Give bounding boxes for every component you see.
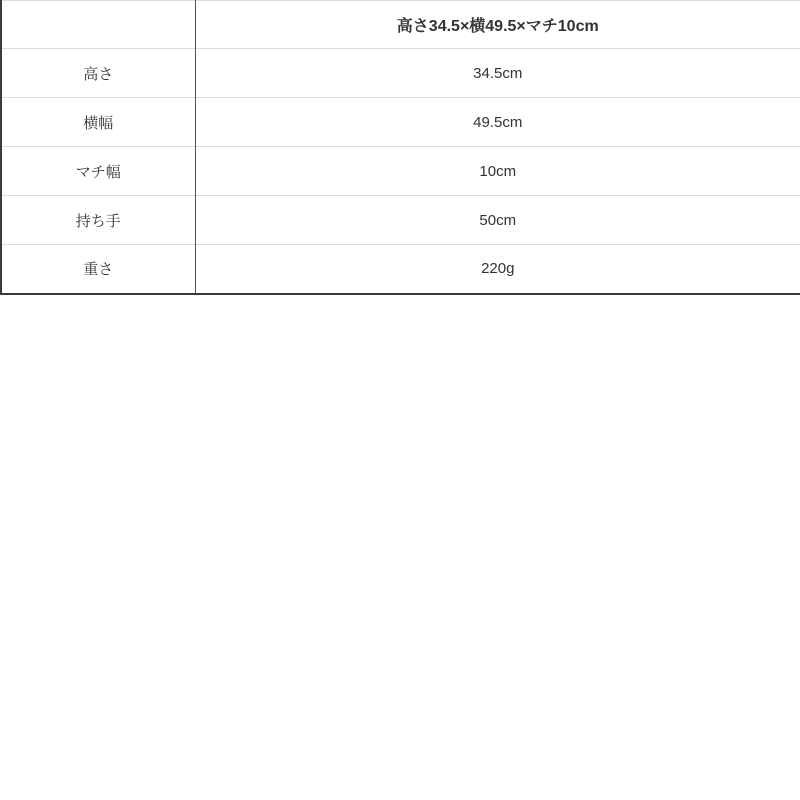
spec-label-height: 高さ <box>1 49 195 98</box>
spec-value-handle: 50cm <box>195 196 800 245</box>
header-empty-cell <box>1 1 195 49</box>
spec-label-width: 横幅 <box>1 98 195 147</box>
table-row: 重さ 220g <box>1 245 800 294</box>
table-row: マチ幅 10cm <box>1 147 800 196</box>
product-spec-table: 高さ34.5×横49.5×マチ10cm 高さ 34.5cm 横幅 49.5cm … <box>0 0 800 295</box>
table-row: 持ち手 50cm <box>1 196 800 245</box>
spec-summary-header: 高さ34.5×横49.5×マチ10cm <box>195 1 800 49</box>
spec-value-height: 34.5cm <box>195 49 800 98</box>
spec-label-weight: 重さ <box>1 245 195 294</box>
spec-value-weight: 220g <box>195 245 800 294</box>
spec-label-handle: 持ち手 <box>1 196 195 245</box>
table-row: 高さ 34.5cm <box>1 49 800 98</box>
spec-value-gusset: 10cm <box>195 147 800 196</box>
table-row: 横幅 49.5cm <box>1 98 800 147</box>
page: 高さ34.5×横49.5×マチ10cm 高さ 34.5cm 横幅 49.5cm … <box>0 0 800 800</box>
spec-value-width: 49.5cm <box>195 98 800 147</box>
spec-label-gusset: マチ幅 <box>1 147 195 196</box>
table-row-header: 高さ34.5×横49.5×マチ10cm <box>1 1 800 49</box>
